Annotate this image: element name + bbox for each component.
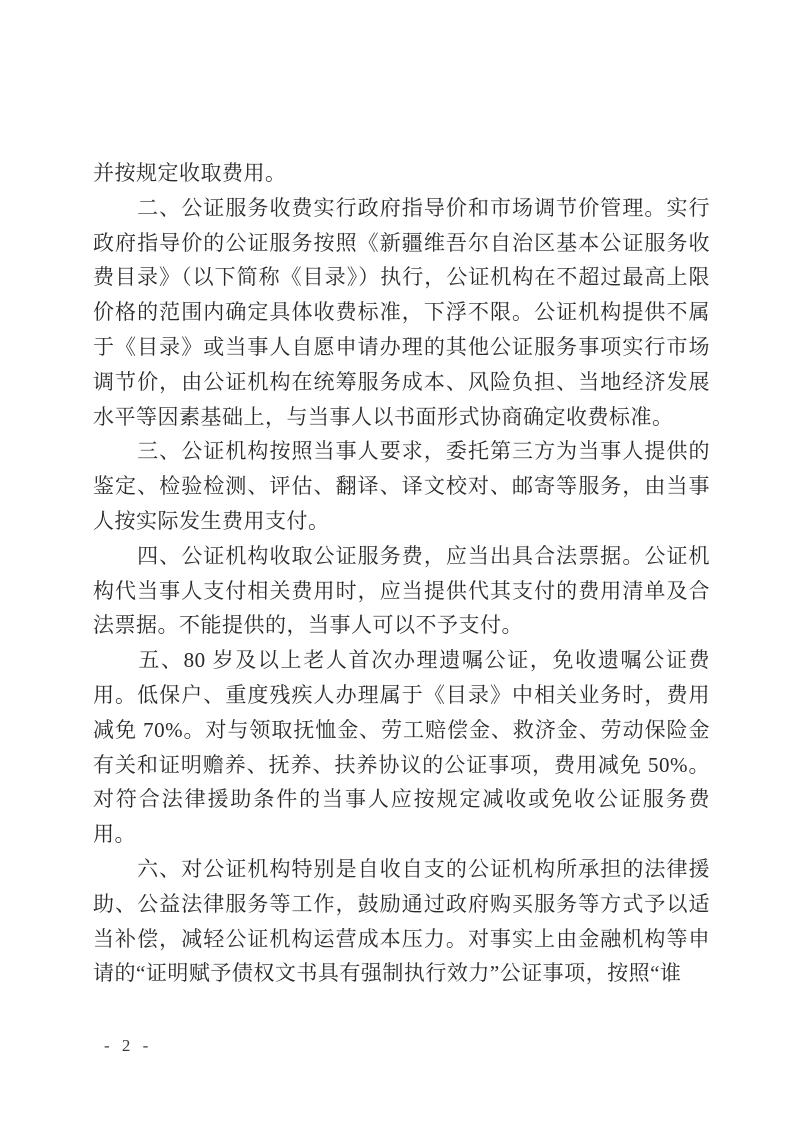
paragraph: 二、公证服务收费实行政府指导价和市场调节价管理。实行政府指导价的公证服务按照《新… (93, 191, 710, 435)
text-line: 构代当事人支付相关费用时，应当提供代其支付的费用清单及合 (93, 574, 710, 609)
body-text: 并按规定收取费用。 二、公证服务收费实行政府指导价和市场调节价管理。实行政府指导… (93, 156, 710, 991)
text-line: 用。 (93, 817, 710, 852)
paragraph: 五、80 岁及以上老人首次办理遗嘱公证，免收遗嘱公证费用。低保户、重度残疾人办理… (93, 643, 710, 852)
paragraph: 六、对公证机构特别是自收自支的公证机构所承担的法律援助、公益法律服务等工作，鼓励… (93, 852, 710, 991)
text-line: 当补偿，减轻公证机构运营成本压力。对事实上由金融机构等申 (93, 922, 710, 957)
text-line: 五、80 岁及以上老人首次办理遗嘱公证，免收遗嘱公证费 (93, 643, 710, 678)
text-line: 六、对公证机构特别是自收自支的公证机构所承担的法律援 (93, 852, 710, 887)
text-line: 三、公证机构按照当事人要求，委托第三方为当事人提供的 (93, 434, 710, 469)
text-line: 有关和证明赡养、抚养、扶养协议的公证事项，费用减免 50%。 (93, 748, 710, 783)
text-line: 人按实际发生费用支付。 (93, 504, 710, 539)
text-line: 法票据。不能提供的，当事人可以不予支付。 (93, 608, 710, 643)
paragraph: 四、公证机构收取公证服务费，应当出具合法票据。公证机构代当事人支付相关费用时，应… (93, 539, 710, 643)
document-page: 并按规定收取费用。 二、公证服务收费实行政府指导价和市场调节价管理。实行政府指导… (0, 0, 801, 1133)
text-line: 费目录》（以下简称《目录》）执行，公证机构在不超过最高上限 (93, 260, 710, 295)
text-line: 政府指导价的公证服务按照《新疆维吾尔自治区基本公证服务收 (93, 226, 710, 261)
page-number: - 2 - (104, 1036, 152, 1056)
text-line: 对符合法律援助条件的当事人应按规定减收或免收公证服务费 (93, 782, 710, 817)
text-line: 价格的范围内确定具体收费标准，下浮不限。公证机构提供不属 (93, 295, 710, 330)
text-line: 并按规定收取费用。 (93, 156, 710, 191)
text-line: 减免 70%。对与领取抚恤金、劳工赔偿金、救济金、劳动保险金 (93, 713, 710, 748)
text-line: 二、公证服务收费实行政府指导价和市场调节价管理。实行 (93, 191, 710, 226)
text-line: 调节价，由公证机构在统筹服务成本、风险负担、当地经济发展 (93, 365, 710, 400)
text-line: 四、公证机构收取公证服务费，应当出具合法票据。公证机 (93, 539, 710, 574)
paragraph: 三、公证机构按照当事人要求，委托第三方为当事人提供的鉴定、检验检测、评估、翻译、… (93, 434, 710, 538)
paragraph: 并按规定收取费用。 (93, 156, 710, 191)
text-line: 鉴定、检验检测、评估、翻译、译文校对、邮寄等服务，由当事 (93, 469, 710, 504)
text-line: 请的“证明赋予债权文书具有强制执行效力”公证事项，按照“谁 (93, 956, 710, 991)
text-line: 于《目录》或当事人自愿申请办理的其他公证服务事项实行市场 (93, 330, 710, 365)
text-line: 水平等因素基础上，与当事人以书面形式协商确定收费标准。 (93, 400, 710, 435)
text-line: 用。低保户、重度残疾人办理属于《目录》中相关业务时，费用 (93, 678, 710, 713)
text-line: 助、公益法律服务等工作，鼓励通过政府购买服务等方式予以适 (93, 887, 710, 922)
